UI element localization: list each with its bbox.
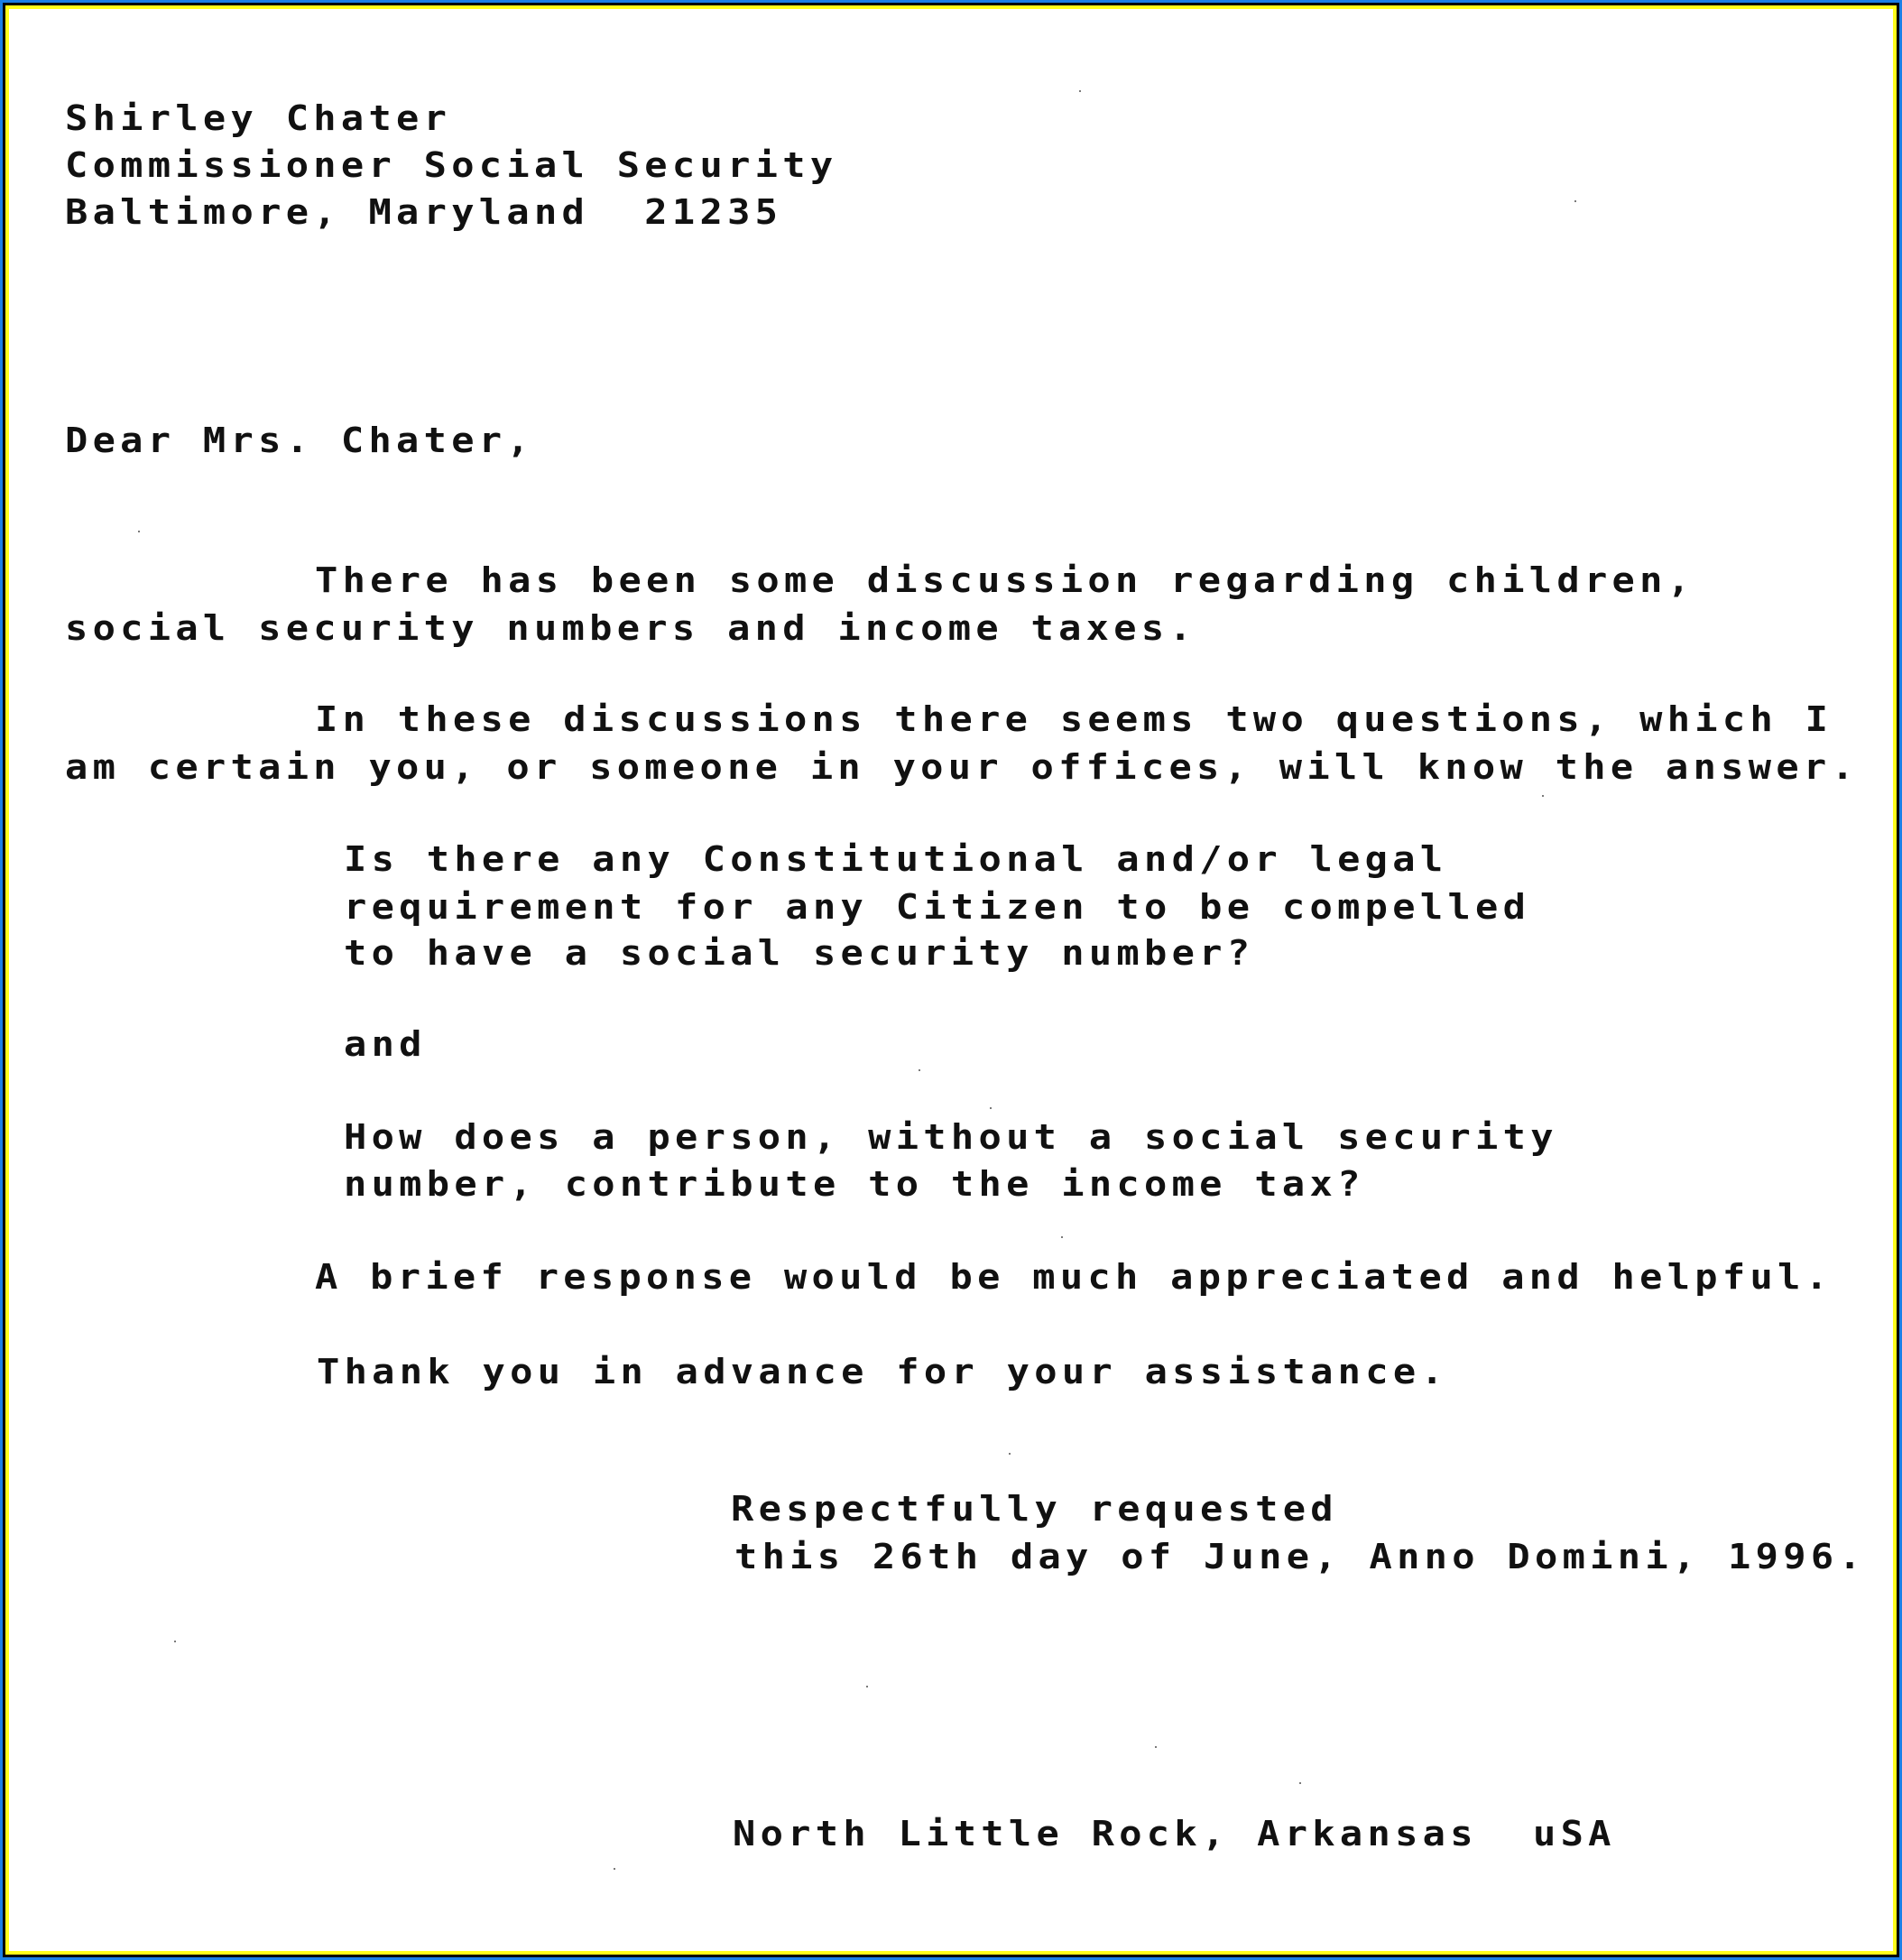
scan-speck: [1574, 200, 1576, 202]
closing-line-2: this 26th day of June, Anno Domini, 1996…: [734, 1539, 1866, 1575]
scan-speck: [1299, 1782, 1301, 1784]
scan-speck: [1079, 90, 1081, 92]
scan-speck: [1009, 1453, 1011, 1455]
scan-speck: [138, 531, 140, 532]
paragraph-line: social security numbers and income taxes…: [65, 611, 1196, 646]
closing-line-1: Respectfully requested: [731, 1492, 1338, 1527]
recipient-name: Shirley Chater: [65, 101, 451, 136]
question-line: Is there any Constitutional and/or legal: [344, 842, 1447, 877]
recipient-address: Baltimore, Maryland 21235: [65, 195, 782, 230]
scan-speck: [1542, 795, 1544, 797]
sender-location: North Little Rock, Arkansas uSA: [733, 1817, 1616, 1852]
paragraph-line: There has been some discussion regarding…: [315, 563, 1694, 598]
scan-speck: [866, 1686, 868, 1687]
scan-speck: [1061, 1236, 1063, 1238]
thanks-line: Thank you in advance for your assistance…: [317, 1354, 1448, 1390]
question-line: requirement for any Citizen to be compel…: [344, 890, 1530, 925]
scan-speck: [614, 1868, 615, 1870]
recipient-title: Commissioner Social Security: [65, 148, 837, 183]
scan-speck: [990, 1107, 992, 1109]
paragraph-line: am certain you, or someone in your offic…: [65, 750, 1859, 785]
scan-speck: [1155, 1746, 1157, 1748]
request-line: A brief response would be much appreciat…: [315, 1260, 1833, 1295]
question-line: How does a person, without a social secu…: [344, 1120, 1558, 1155]
salutation: Dear Mrs. Chater,: [65, 423, 534, 458]
question-line: to have a social security number?: [344, 936, 1254, 971]
letter-page: Shirley Chater Commissioner Social Secur…: [0, 0, 1902, 1960]
paragraph-line: In these discussions there seems two que…: [315, 702, 1833, 737]
question-line: number, contribute to the income tax?: [344, 1167, 1365, 1202]
conjunction-and: and: [344, 1027, 427, 1062]
scan-speck: [174, 1641, 176, 1642]
scan-speck: [919, 1069, 920, 1071]
